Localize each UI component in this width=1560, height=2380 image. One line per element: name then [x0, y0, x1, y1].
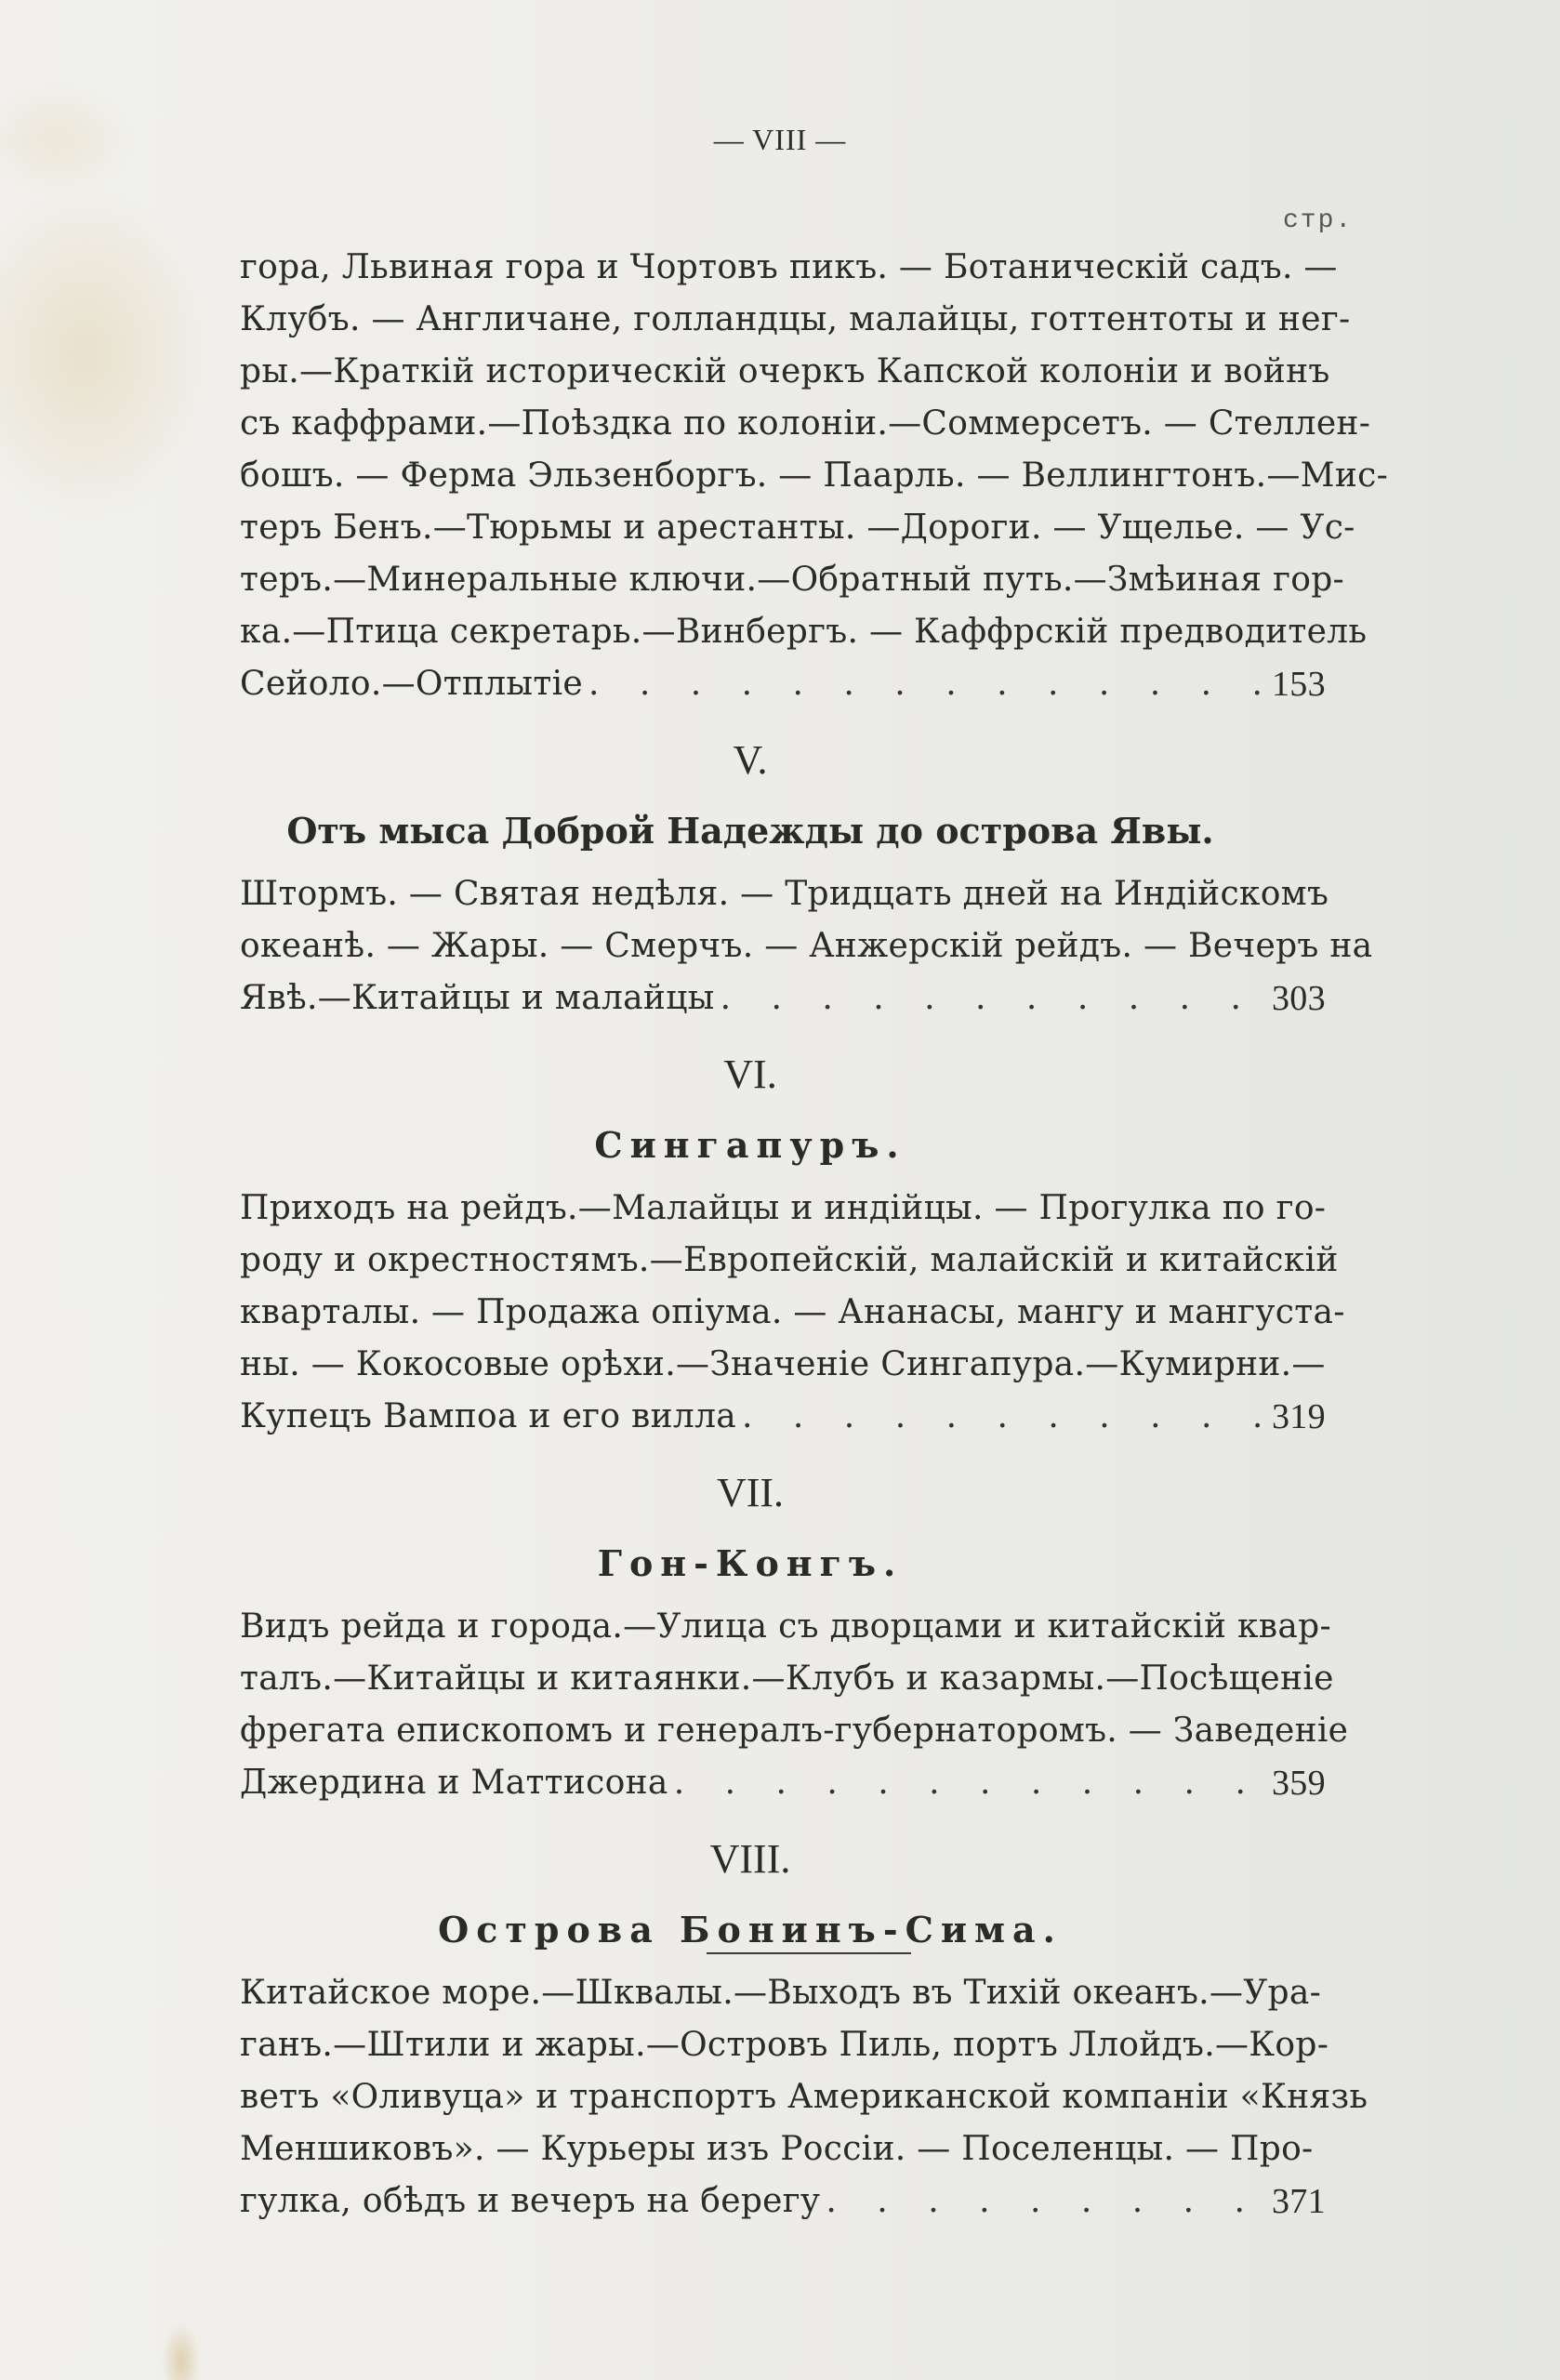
toc-line: бошъ. — Ферма Эльзенборгъ. — Паарль. — В… — [240, 450, 1261, 502]
toc-chapter-v: V. Отъ мыса Доброй Надежды до острова Яв… — [240, 731, 1357, 1025]
chapter-number: VI. — [240, 1045, 1261, 1104]
toc-line-text: Купецъ Вампоа и его вилла — [240, 1391, 736, 1443]
page-number[interactable]: 371 — [1272, 2175, 1355, 2228]
toc-line-final: Купецъ Вампоа и его вилла . . . . . . . … — [240, 1391, 1355, 1443]
chapter-title[interactable]: Гон-Конгъ. — [240, 1534, 1261, 1593]
page-column-label: стр. — [1283, 206, 1353, 235]
toc-chapter-vii: VII. Гон-Конгъ. Видъ рейда и города.—Ули… — [240, 1463, 1357, 1809]
leader-dots: . . . . . . . . . . . . . . . . . . . . … — [820, 2175, 1272, 2228]
toc-line: теръ Бенъ.—Тюрьмы и арестанты. —Дороги. … — [240, 502, 1261, 554]
toc-line: Клубъ. — Англичане, голландцы, малайцы, … — [240, 294, 1261, 346]
closing-rule-divider — [707, 1952, 911, 1954]
toc-line: ны. — Кокосовые орѣхи.—Значеніе Сингапур… — [240, 1339, 1261, 1391]
page-number[interactable]: 319 — [1272, 1391, 1355, 1443]
page-number[interactable]: 359 — [1272, 1757, 1355, 1809]
chapter-title[interactable]: Сингапуръ. — [240, 1116, 1261, 1175]
toc-line: кварталы. — Продажа опіума. — Ананасы, м… — [240, 1287, 1261, 1339]
toc-line-final: Джердина и Маттисона . . . . . . . . . .… — [240, 1757, 1355, 1809]
toc-line: ка.—Птица секретарь.—Винбергъ. — Каффрск… — [240, 606, 1261, 658]
toc-line: ганъ.—Штили и жары.—Островъ Пиль, портъ … — [240, 2019, 1261, 2071]
toc-line: съ каффрами.—Поѣздка по колоніи.—Соммерс… — [240, 398, 1261, 450]
toc-line: Китайское море.—Шквалы.—Выходъ въ Тихій … — [240, 1967, 1261, 2019]
toc-line: Штормъ. — Святая недѣля. — Тридцать дней… — [240, 868, 1261, 920]
leader-dots: . . . . . . . . . . . . . . . . . . . . … — [583, 658, 1272, 710]
toc-line: ветъ «Оливуца» и транспортъ Американской… — [240, 2071, 1261, 2123]
chapter-title[interactable]: Острова Бонинъ-Сима. — [240, 1900, 1261, 1960]
toc-chapter-viii: VIII. Острова Бонинъ-Сима. Китайское мор… — [240, 1830, 1357, 2228]
toc-line-text: Джердина и Маттисона — [240, 1757, 668, 1809]
page-number[interactable]: 153 — [1272, 658, 1355, 710]
chapter-number: V. — [240, 731, 1261, 790]
toc-line: Приходъ на рейдъ.—Малайцы и индійцы. — П… — [240, 1183, 1261, 1235]
toc-line-text: Явѣ.—Китайцы и малайцы — [240, 972, 715, 1025]
chapter-number: VII. — [240, 1463, 1261, 1523]
toc-line: океанѣ. — Жары. — Смерчъ. — Анжерскій ре… — [240, 920, 1261, 972]
toc-line: фрегата епископомъ и генералъ-губернатор… — [240, 1705, 1261, 1757]
book-page: — VIII — стр. гора, Львиная гора и Чорто… — [0, 0, 1560, 2380]
toc-line-final: Явѣ.—Китайцы и малайцы . . . . . . . . .… — [240, 972, 1355, 1025]
toc-line: Меншиковъ». — Курьеры изъ Россіи. — Посе… — [240, 2123, 1261, 2175]
chapter-title[interactable]: Отъ мыса Доброй Надежды до острова Явы. — [240, 801, 1261, 861]
table-of-contents: гора, Львиная гора и Чортовъ пикъ. — Бот… — [240, 242, 1357, 2228]
toc-line: гора, Львиная гора и Чортовъ пикъ. — Бот… — [240, 242, 1261, 294]
chapter-number: VIII. — [240, 1830, 1261, 1889]
leader-dots: . . . . . . . . . . . . . . . . . . . . … — [715, 972, 1272, 1025]
toc-line: талъ.—Китайцы и китаянки.—Клубъ и казарм… — [240, 1653, 1261, 1705]
leader-dots: . . . . . . . . . . . . . . . . . . . . … — [736, 1391, 1272, 1443]
running-head: — VIII — — [0, 123, 1560, 157]
page-number[interactable]: 303 — [1272, 972, 1355, 1025]
toc-line-text: Сейоло.—Отплытіе — [240, 658, 583, 710]
toc-line-final: Сейоло.—Отплытіе . . . . . . . . . . . .… — [240, 658, 1355, 710]
toc-line: теръ.—Минеральные ключи.—Обратный путь.—… — [240, 554, 1261, 606]
leader-dots: . . . . . . . . . . . . . . . . . . . . … — [668, 1757, 1272, 1809]
toc-line-final: гулка, обѣдъ и вечеръ на берегу . . . . … — [240, 2175, 1355, 2228]
toc-line: ры.—Краткій историческій очеркъ Капской … — [240, 346, 1261, 398]
toc-line-text: гулка, обѣдъ и вечеръ на берегу — [240, 2175, 820, 2228]
toc-line: роду и окрестностямъ.—Европейскій, малай… — [240, 1235, 1261, 1287]
toc-chapter-vi: VI. Сингапуръ. Приходъ на рейдъ.—Малайцы… — [240, 1045, 1357, 1443]
toc-entry-continued: гора, Львиная гора и Чортовъ пикъ. — Бот… — [240, 242, 1357, 710]
toc-line: Видъ рейда и города.—Улица съ дворцами и… — [240, 1601, 1261, 1653]
